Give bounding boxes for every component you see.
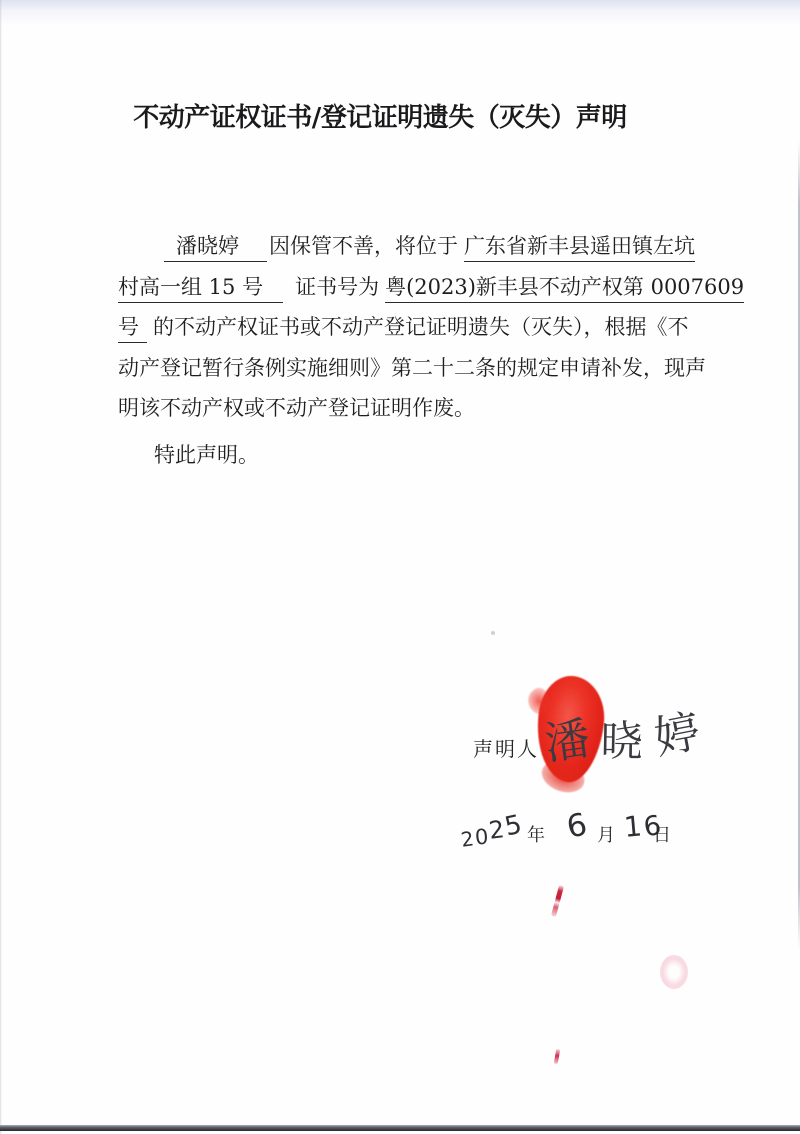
handwritten-month: 6: [564, 806, 590, 845]
body-text: 动产登记暂行条例实施细则》第二十二条的规定申请补发，现声: [118, 356, 706, 380]
document-title: 不动产证权证书/登记证明遗失（灭失）声明: [0, 97, 780, 134]
scan-artifact-bottom-bar: [0, 1125, 800, 1131]
body-line-6-closing: 特此声明。: [118, 435, 718, 476]
body-line-3: 号的不动产权证书或不动产登记证明遗失（灭失），根据《不: [118, 307, 718, 348]
body-text: 的不动产权证书或不动产登记证明遗失（灭失），根据《不: [153, 315, 689, 339]
body-text: 因保管不善，将位于: [269, 234, 458, 258]
scan-artifact-left-edge: [0, 0, 2, 1134]
date-line: 2025 年 6 月 16 日: [0, 806, 800, 862]
body-line-4: 动产登记暂行条例实施细则》第二十二条的规定申请补发，现声: [118, 348, 718, 389]
certificate-number-tail-underlined: 号: [118, 312, 147, 343]
property-location-underlined: 广东省新丰县遥田镇左坑: [464, 231, 695, 262]
certificate-number-underlined: 粤(2023)新丰县不动产权第 0007609: [385, 272, 744, 303]
day-label: 日: [653, 821, 671, 847]
month-label: 月: [597, 821, 615, 847]
body-line-2: 村高一组 15 号证书号为粤(2023)新丰县不动产权第 0007609: [118, 267, 718, 308]
declaration-body: 潘晓婷因保管不善，将位于广东省新丰县遥田镇左坑 村高一组 15 号证书号为粤(2…: [118, 226, 718, 475]
year-label: 年: [527, 821, 545, 847]
scan-artifact-red-streak-small: [554, 1049, 561, 1064]
body-line-1: 潘晓婷因保管不善，将位于广东省新丰县遥田镇左坑: [118, 226, 718, 267]
body-text: 明该不动产权或不动产登记证明作废。: [118, 396, 475, 420]
scanned-declaration-page: 不动产证权证书/登记证明遗失（灭失）声明 潘晓婷因保管不善，将位于广东省新丰县遥…: [0, 0, 800, 1134]
scan-artifact-red-streak: [551, 885, 564, 917]
declarant-name-underlined: 潘晓婷: [164, 231, 267, 262]
property-location2-underlined: 村高一组 15 号: [118, 272, 283, 303]
body-text: 证书号为: [295, 275, 379, 299]
handwritten-signature: 潘晓婷: [543, 697, 710, 768]
scan-artifact-top-band: [0, 0, 800, 26]
scan-artifact-pink-smudge: [660, 955, 688, 989]
body-line-5: 明该不动产权或不动产登记证明作废。: [118, 388, 718, 429]
handwritten-year: 2025: [461, 814, 523, 844]
scan-artifact-speck: [491, 631, 495, 635]
closing-statement: 特此声明。: [154, 443, 259, 467]
